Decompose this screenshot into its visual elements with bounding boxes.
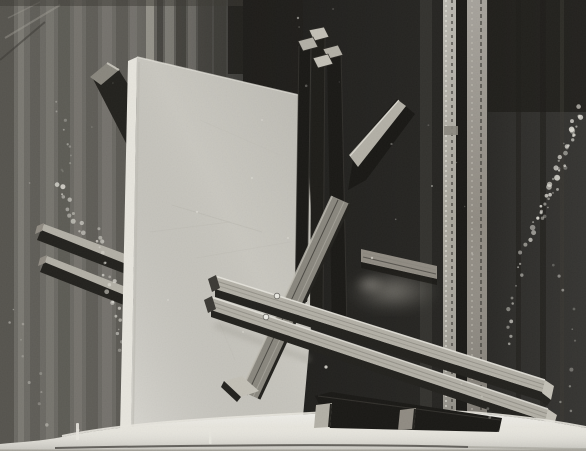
film-grain-overlay bbox=[0, 0, 586, 451]
sculpture-photograph bbox=[0, 0, 586, 451]
photo-frame bbox=[0, 0, 586, 451]
